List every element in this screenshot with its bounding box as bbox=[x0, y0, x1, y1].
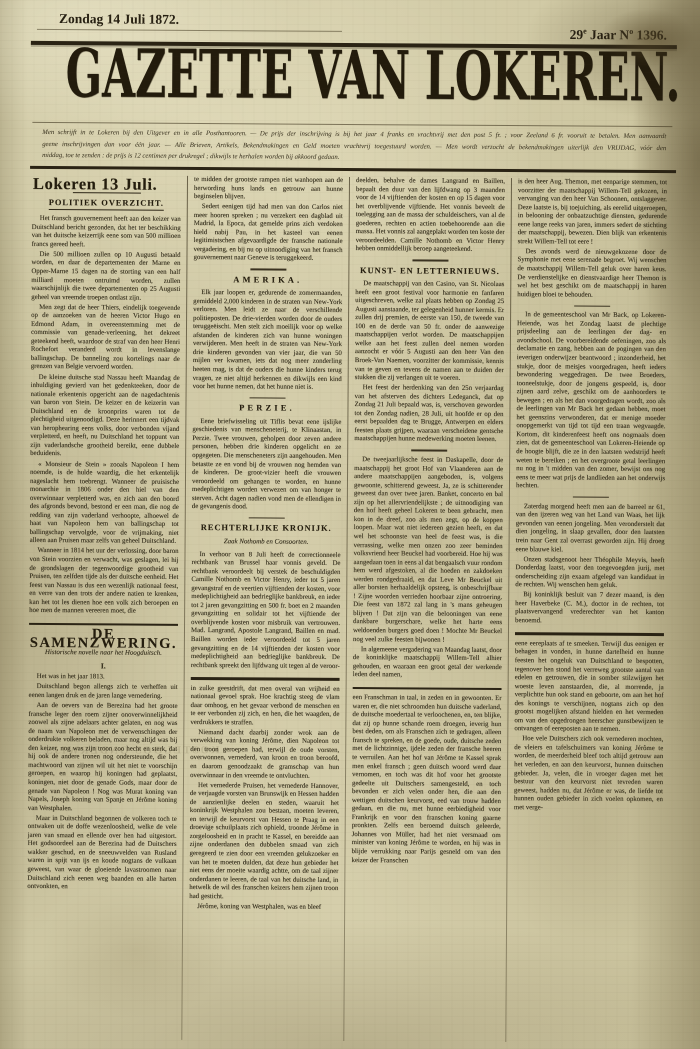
paragraph: Hoe vele Duitschers zich ook vernederen … bbox=[514, 735, 664, 813]
section-heading-politiek: POLITIEK OVERZICHT. bbox=[32, 199, 181, 211]
column-2: te midden der grootste rampen niet wanho… bbox=[188, 176, 343, 1043]
thin-rule-under-date bbox=[37, 29, 342, 32]
paragraph: Die 500 millioen zullen op 10 Augusti be… bbox=[31, 251, 180, 303]
imprint-block: Men schrijft in te Lokeren bij den Uitge… bbox=[42, 127, 666, 166]
masthead-title: GAZETTE VAN LOKEREN. bbox=[65, 35, 640, 117]
date-line: Zondag 14 Juli 1872. bbox=[59, 11, 179, 28]
paragraph: De kleine duitsche stad Nassau heeft Maa… bbox=[30, 373, 180, 459]
divider-rule bbox=[412, 260, 448, 261]
paragraph: Sedert eenigen tijd had men van don Carl… bbox=[193, 203, 342, 264]
paragraph: In algemeene vergadering van Maandag laa… bbox=[353, 646, 502, 681]
column-1: Lokeren 13 Juli. POLITIEK OVERZICHT. Het… bbox=[26, 175, 181, 1042]
paragraph: In verhoor van 8 Juli heeft de correctio… bbox=[191, 550, 341, 671]
column-3: deelden, behalve de dames Langrand en Ba… bbox=[350, 177, 505, 1044]
divider-rule bbox=[250, 269, 286, 270]
divider-rule bbox=[249, 398, 285, 399]
section-heading-kunst: KUNST- EN LETTERNIEUWS. bbox=[355, 267, 504, 277]
paragraph: In de gemeenteschool van Mr Back, op Lok… bbox=[516, 311, 666, 491]
divider-rule bbox=[572, 497, 608, 498]
thin-rule-above-imprint bbox=[32, 122, 672, 127]
paragraph: Onzen stadsgenoot heer Théophile Meyvis,… bbox=[515, 556, 664, 591]
paragraph: Wanneer in 1814 het uur der verlossing, … bbox=[29, 547, 178, 616]
paragraph: een Franschman in taal, in zeden en in g… bbox=[351, 694, 501, 866]
divider-rule bbox=[574, 305, 610, 306]
feuilleton-rule bbox=[29, 623, 178, 626]
feuilleton-rule bbox=[191, 677, 340, 680]
section-heading-perzie: PERZIE. bbox=[192, 404, 341, 414]
paragraph: eene eereplaats af te smeeken. Terwijl d… bbox=[514, 640, 664, 735]
city-dateline-heading: Lokeren 13 Juli. bbox=[33, 180, 181, 190]
feuilleton-chapter-number: I. bbox=[29, 662, 178, 672]
feuilleton-subtitle: Historische novelle naar het Hoogduitsch… bbox=[29, 649, 178, 659]
paragraph: Maar in Duitschland begonnen de volkeren… bbox=[27, 815, 177, 893]
section-heading-amerika: AMERIKA. bbox=[193, 276, 342, 286]
paragraph: « Monsieur de Stein » zooals Napoleon I … bbox=[30, 460, 180, 546]
paragraph: Het vernederde Pruisen, het vernederde H… bbox=[189, 782, 339, 903]
top-info-row: Zondag 14 Juli 1872. 29e Jaar No 1396. bbox=[59, 11, 667, 15]
paragraph: Niemand dacht daarbij zonder wrok aan de… bbox=[190, 729, 339, 781]
paragraph: in zulke geestdrift, dat men overal van … bbox=[190, 685, 339, 729]
paragraph: Duitschland begon allengs zich te verhef… bbox=[29, 683, 178, 701]
page-content: Zondag 14 Juli 1872. 29e Jaar No 1396. G… bbox=[0, 0, 700, 1049]
thick-rule-below-imprint bbox=[30, 166, 676, 173]
paragraph: De tweejaarlijksche feest in Daskapelle,… bbox=[353, 456, 503, 645]
section-heading-kronijk: RECHTERLIJKE KRONIJK. bbox=[192, 524, 341, 534]
paragraph: Des avonds werd de nieuwgekozene door de… bbox=[517, 248, 666, 300]
divider-rule bbox=[411, 450, 447, 451]
paragraph: Eene briefwisseling uit Tiflis bevat een… bbox=[192, 418, 342, 513]
paragraph: Het fransch gouvernement heeft aan den k… bbox=[32, 215, 181, 250]
paragraph: Bij koninklijk besluit van 7 dezer maand… bbox=[515, 591, 664, 626]
feuilleton-rule bbox=[353, 687, 502, 690]
feuilleton-title: DE SAMENZWERING. bbox=[29, 630, 178, 648]
article-subtitle: Zaak Nothomb en Consoorten. bbox=[192, 538, 341, 548]
column-4: is den heer Aug. Themon, met eenparige s… bbox=[512, 178, 667, 1045]
newspaper-page: Zondag 14 Juli 1872. 29e Jaar No 1396. G… bbox=[0, 0, 700, 1049]
paragraph: De maatschappij van den Casino, van St. … bbox=[355, 280, 505, 384]
paragraph: Elk jaar loopen er, gedurende de zomerma… bbox=[193, 289, 343, 393]
paragraph: Men zegt dat de heer Thiers, eindelijk t… bbox=[31, 304, 180, 373]
feuilleton-rule bbox=[515, 633, 664, 636]
paragraph: Het was in het jaar 1813. bbox=[29, 673, 178, 683]
paragraph: Zaterdag morgend heeft men aan de barree… bbox=[516, 503, 665, 555]
paragraph: is den heer Aug. Themon, met eenparige s… bbox=[518, 178, 667, 247]
paragraph: Jérôme, koning van Westphalen, was en bl… bbox=[189, 903, 338, 913]
paragraph: deelden, behalve de dames Langrand en Ba… bbox=[355, 177, 505, 255]
divider-rule bbox=[248, 518, 284, 519]
paragraph: te midden der grootste rampen niet wanho… bbox=[194, 176, 343, 203]
paragraph: Het feest der herdenking van den 25n ver… bbox=[354, 384, 503, 445]
paragraph: Aan de oevers van de Berezina had het gr… bbox=[28, 702, 178, 814]
